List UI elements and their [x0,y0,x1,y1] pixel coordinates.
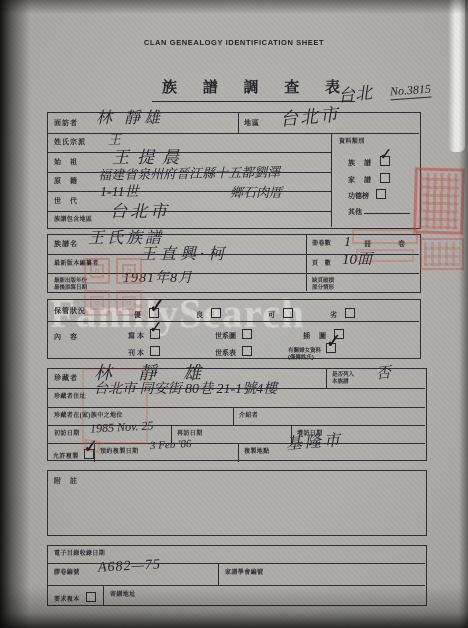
notes-label: 附 註 [54,478,78,485]
listed-label: 是否列入 本族譜 [332,372,354,385]
divider [48,321,419,322]
origin-label: 原 籍 [54,178,78,185]
pages-label: 頁 數 [312,261,331,267]
copy-request-label: 要求複本 [54,597,80,603]
copy-date-label: 預約複製日期 [100,449,138,455]
volume-unit-scroll: 卷 [398,241,406,248]
doc-type-option-zupu: 族 譜 ✓ [348,156,390,167]
condition-good: 良 [196,308,221,319]
option-label: 良 [196,312,204,319]
condition-poor: 劣 [330,308,355,319]
option-label: 世系表 [215,350,236,357]
section-admin: 電子目錄收錄日期 膠卷編號 A682—75 家譜學會編號 要求複本 寄繕地址 [47,545,427,606]
listed-label-line1: 是否列入 [332,372,354,378]
permit-checkmark: ✓ [81,439,97,457]
volume-label: 冊卷數 [312,241,331,247]
section-basic-info: 面訪者 林 靜雄 地區 台北市 姓氏宗派 王 始 祖 王提晨 原 籍 福建省泉州… [47,112,421,229]
divider [48,133,419,134]
divider [306,235,307,291]
first-visit-value: 1985 Nov. 25 [90,419,154,434]
print-checkbox [150,346,160,356]
content-women: 有關婦女資料 ✓ (僅傳姓氏) [288,343,336,361]
divider [238,443,239,462]
surname-label: 姓氏宗派 [54,139,86,146]
option-label: 家 譜 [348,177,372,184]
gongde-checkbox [376,189,386,199]
red-seal-stamp-edge [420,238,464,270]
divider [48,585,425,586]
section-condition: 保管狀況 優 ✓ 良 可 劣 內 容 寫 本 ✓ 刊 本 世系圖 [47,299,421,359]
option-label: 寫 本 [128,333,144,340]
women-label-line2: (僅傳姓氏) [288,355,314,361]
option-label: 可 [268,312,276,319]
women-checkmark: ✓ [323,332,340,351]
damage-label-line1: 缺頁破損 [312,278,334,284]
manuscript-checkbox: ✓ [150,329,160,339]
copy-request-checkbox [86,592,96,602]
origin-value: 福建省泉州府晉江縣十五都劉澤 [98,165,280,181]
interviewer-label: 面訪者 [54,120,78,127]
section-notes: 附 註 [47,470,427,536]
second-visit-label: 再訪日期 [177,431,203,437]
content-table: 世系表 [215,346,252,357]
divider [233,407,234,425]
content-manuscript: 寫 本 ✓ [128,329,160,340]
english-title: CLAN GENEALOGY IDENTIFICATION SHEET [0,38,468,47]
edition-value: 1981年8月 [123,272,193,286]
copy-place-label: 複製地點 [244,449,270,455]
damage-label-line2: 部分情形 [312,285,334,291]
coverage-label: 族譜包含地區 [54,217,92,223]
edition-label-line1: 最新出版年份 [54,278,87,284]
option-label: 族 譜 [348,160,372,167]
copy-date-value: 3 Feb '86 [150,439,192,452]
progenitor-label: 始 祖 [54,159,78,166]
divider [48,191,331,192]
jiapu-checkbox [380,173,390,183]
divider [48,152,331,153]
condition-excellent: 優 ✓ [134,308,159,319]
option-label: 功德榜 [348,193,369,200]
damage-label: 缺頁破損 部分情形 [312,278,334,291]
option-label: 劣 [330,312,338,319]
doc-type-option-jiapu: 家 譜 [348,173,390,184]
region-value: 台北市 [279,105,340,128]
progenitor-value: 王提晨 [112,149,187,166]
handwritten-sheet-number: No.3815 [390,83,432,101]
women-label-line1: 有關婦女資料 [288,348,321,354]
excellent-checkbox: ✓ [149,308,159,318]
doc-type-other: 其他 [348,205,410,216]
chart-checkbox [242,329,252,339]
owner-address-label: 珍藏者住址 [54,394,86,400]
divider [218,563,219,585]
divider [48,443,425,444]
fair-checkbox [283,308,293,318]
option-label: 世系圖 [215,333,236,340]
copy-request: 要求複本 [54,592,96,603]
film-number-label: 膠卷編號 [54,570,80,576]
handwritten-region-note: 台北 [337,84,373,104]
coverage-value: 台北市 [110,203,170,220]
excellent-checkmark: ✓ [147,296,166,317]
divider [326,369,327,388]
scanned-document: CLAN GENEALOGY IDENTIFICATION SHEET 族 譜 … [0,0,468,628]
compiler-label: 最新版本編纂者 [54,261,99,267]
poor-checkbox [345,308,355,318]
owner-value: 林 靜 雄 [94,364,212,382]
divider [103,585,104,605]
page-title: 族 譜 調 查 表 [152,76,355,102]
divider [48,407,425,408]
option-label: 其他 [348,209,362,216]
condition-fair: 可 [268,308,293,319]
surname-value: 王 [108,133,121,146]
table-checkbox [242,346,252,356]
compiler-value: 王直興·柯 [140,247,228,263]
edition-label: 最新出版年份 最後添寫日期 [54,278,87,291]
divider [238,113,239,133]
film-number-value: A682—75 [98,558,162,575]
volume-value: 1 [344,236,351,250]
divider [48,211,331,212]
zupu-checkmark: ✓ [378,148,393,164]
owner-address-value: 台北市 同安街 80巷 21-1號4樓 [94,383,277,397]
scan-edge-highlight [448,0,465,152]
society-number-label: 家譜學會編號 [225,570,263,576]
copy-place-value: 基隆市 [286,433,344,453]
generation-value: 1-11世 [100,186,139,200]
divider [48,273,419,274]
computer-entry-label: 電子目錄收錄日期 [54,551,105,557]
copy-permit: 允許複製 ✓ [53,449,94,460]
good-checkbox [211,308,221,318]
permit-label: 允許複製 [53,454,79,460]
doc-type-option-gongde: 功德榜 [348,189,386,200]
divider [331,133,332,227]
section-book-info: 族譜名 王氏族譜 最新版本編纂者 王直興·柯 最新出版年份 最後添寫日期 198… [47,234,421,293]
option-label: 刊 本 [128,350,144,357]
other-blank-line [364,205,410,214]
origin-value-continued: 鄉石肉厝 [230,186,282,199]
owner-position-label: 珍藏者在(家)族中之地位 [54,413,123,419]
content-label: 內 容 [54,334,78,341]
listed-value: 否 [375,366,392,382]
volume-unit-book: 冊 [364,241,372,248]
title-value: 王氏族譜 [88,231,164,247]
women-checkbox: ✓ [326,343,336,353]
content-print: 刊 本 [128,346,160,357]
introducer-label: 介紹者 [239,413,258,419]
option-label: 優 [134,312,142,319]
listed-label-line2: 本族譜 [332,379,349,385]
pages-value: 10面 [342,253,372,268]
doc-type-title: 資料類別 [339,139,365,145]
generation-label: 世 代 [54,198,78,205]
mail-address-label: 寄繕地址 [110,592,136,598]
title-label: 族譜名 [54,241,78,248]
first-visit-label: 初訪日期 [54,431,80,437]
region-label: 地區 [244,120,260,127]
manuscript-checkmark: ✓ [148,321,162,337]
interviewer-value: 林 靜雄 [96,111,164,127]
owner-label: 珍藏者 [54,375,78,382]
condition-label: 保管狀況 [54,308,86,315]
edition-label-line2: 最後添寫日期 [54,285,87,291]
content-chart: 世系圖 [215,329,252,340]
permit-checkbox: ✓ [84,449,94,459]
zupu-checkbox: ✓ [380,156,390,166]
section-owner: 珍藏者 林 靜 雄 是否列入 本族譜 否 珍藏者住址 台北市 同安街 80巷 2… [47,368,427,461]
